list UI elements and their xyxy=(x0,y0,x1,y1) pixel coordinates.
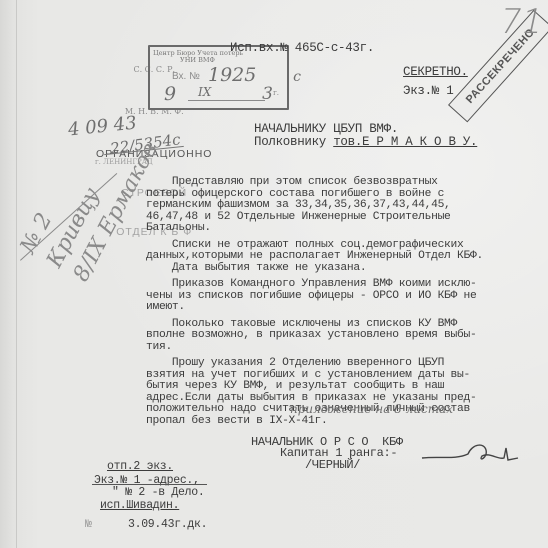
body-paragraph: Приказов Командного Управления ВМФ коими… xyxy=(146,279,546,314)
classification-label: СЕКРЕТНО. xyxy=(403,65,468,79)
addressee-line-1: НАЧАЛЬНИКУ ЦБУП ВМФ. xyxy=(254,122,398,136)
reg-stamp-line-2: УНИ ВМФ xyxy=(180,56,215,64)
addressee-rank: Полковнику xyxy=(254,135,333,149)
body-paragraph: Списки не отражают полных соц.демографич… xyxy=(146,240,546,275)
number-mark: № xyxy=(85,518,92,531)
outgoing-number: Исп.вх.№ 465С-с-43г. xyxy=(230,41,374,55)
footer-rule xyxy=(92,484,207,485)
signature-name: /ЧЕРНЫЙ/ xyxy=(305,458,360,472)
addressee-name: тов.Е Р М А К О В У. xyxy=(333,135,477,149)
letter-body: Представляю при этом список безвозвратны… xyxy=(146,177,546,432)
date-code: 3.09.43г.дк. xyxy=(128,518,207,531)
archive-page-number: 71 xyxy=(496,2,548,42)
incoming-label: Вх. № xyxy=(172,71,200,82)
incoming-year-digit: 3 xyxy=(262,84,273,104)
body-paragraph: Прошу указания 2 Отделению вверенного ЦБ… xyxy=(146,358,546,427)
addressee-line-2: Полковнику тов.Е Р М А К О В У. xyxy=(254,135,477,149)
incoming-year-suffix: г. xyxy=(273,89,279,97)
date-line xyxy=(188,100,265,101)
attachment-note: приложение на 8 листах xyxy=(290,402,453,416)
page-fold-line xyxy=(16,0,17,548)
incoming-suffix: с xyxy=(293,69,301,85)
copy-number: Экз.№ 1 xyxy=(403,84,453,98)
signature-scribble xyxy=(420,440,530,466)
body-paragraph: Поколько таковые исключены из списков КУ… xyxy=(146,319,546,354)
copy-2-destination: " № 2 -в Дело. xyxy=(112,486,204,499)
scanned-page: С. С. С. Р. М. Н. В. М. Ф. ОРГАНИЗАЦИОНН… xyxy=(0,0,548,548)
incoming-day: 9 xyxy=(164,83,176,105)
incoming-month: IX xyxy=(198,85,211,99)
incoming-number: 1925 xyxy=(208,64,256,86)
copies-count: отп.2 экз. xyxy=(107,460,173,473)
executor: исп.Шивадин. xyxy=(100,499,179,512)
body-paragraph: Представляю при этом список безвозвратны… xyxy=(146,177,546,235)
